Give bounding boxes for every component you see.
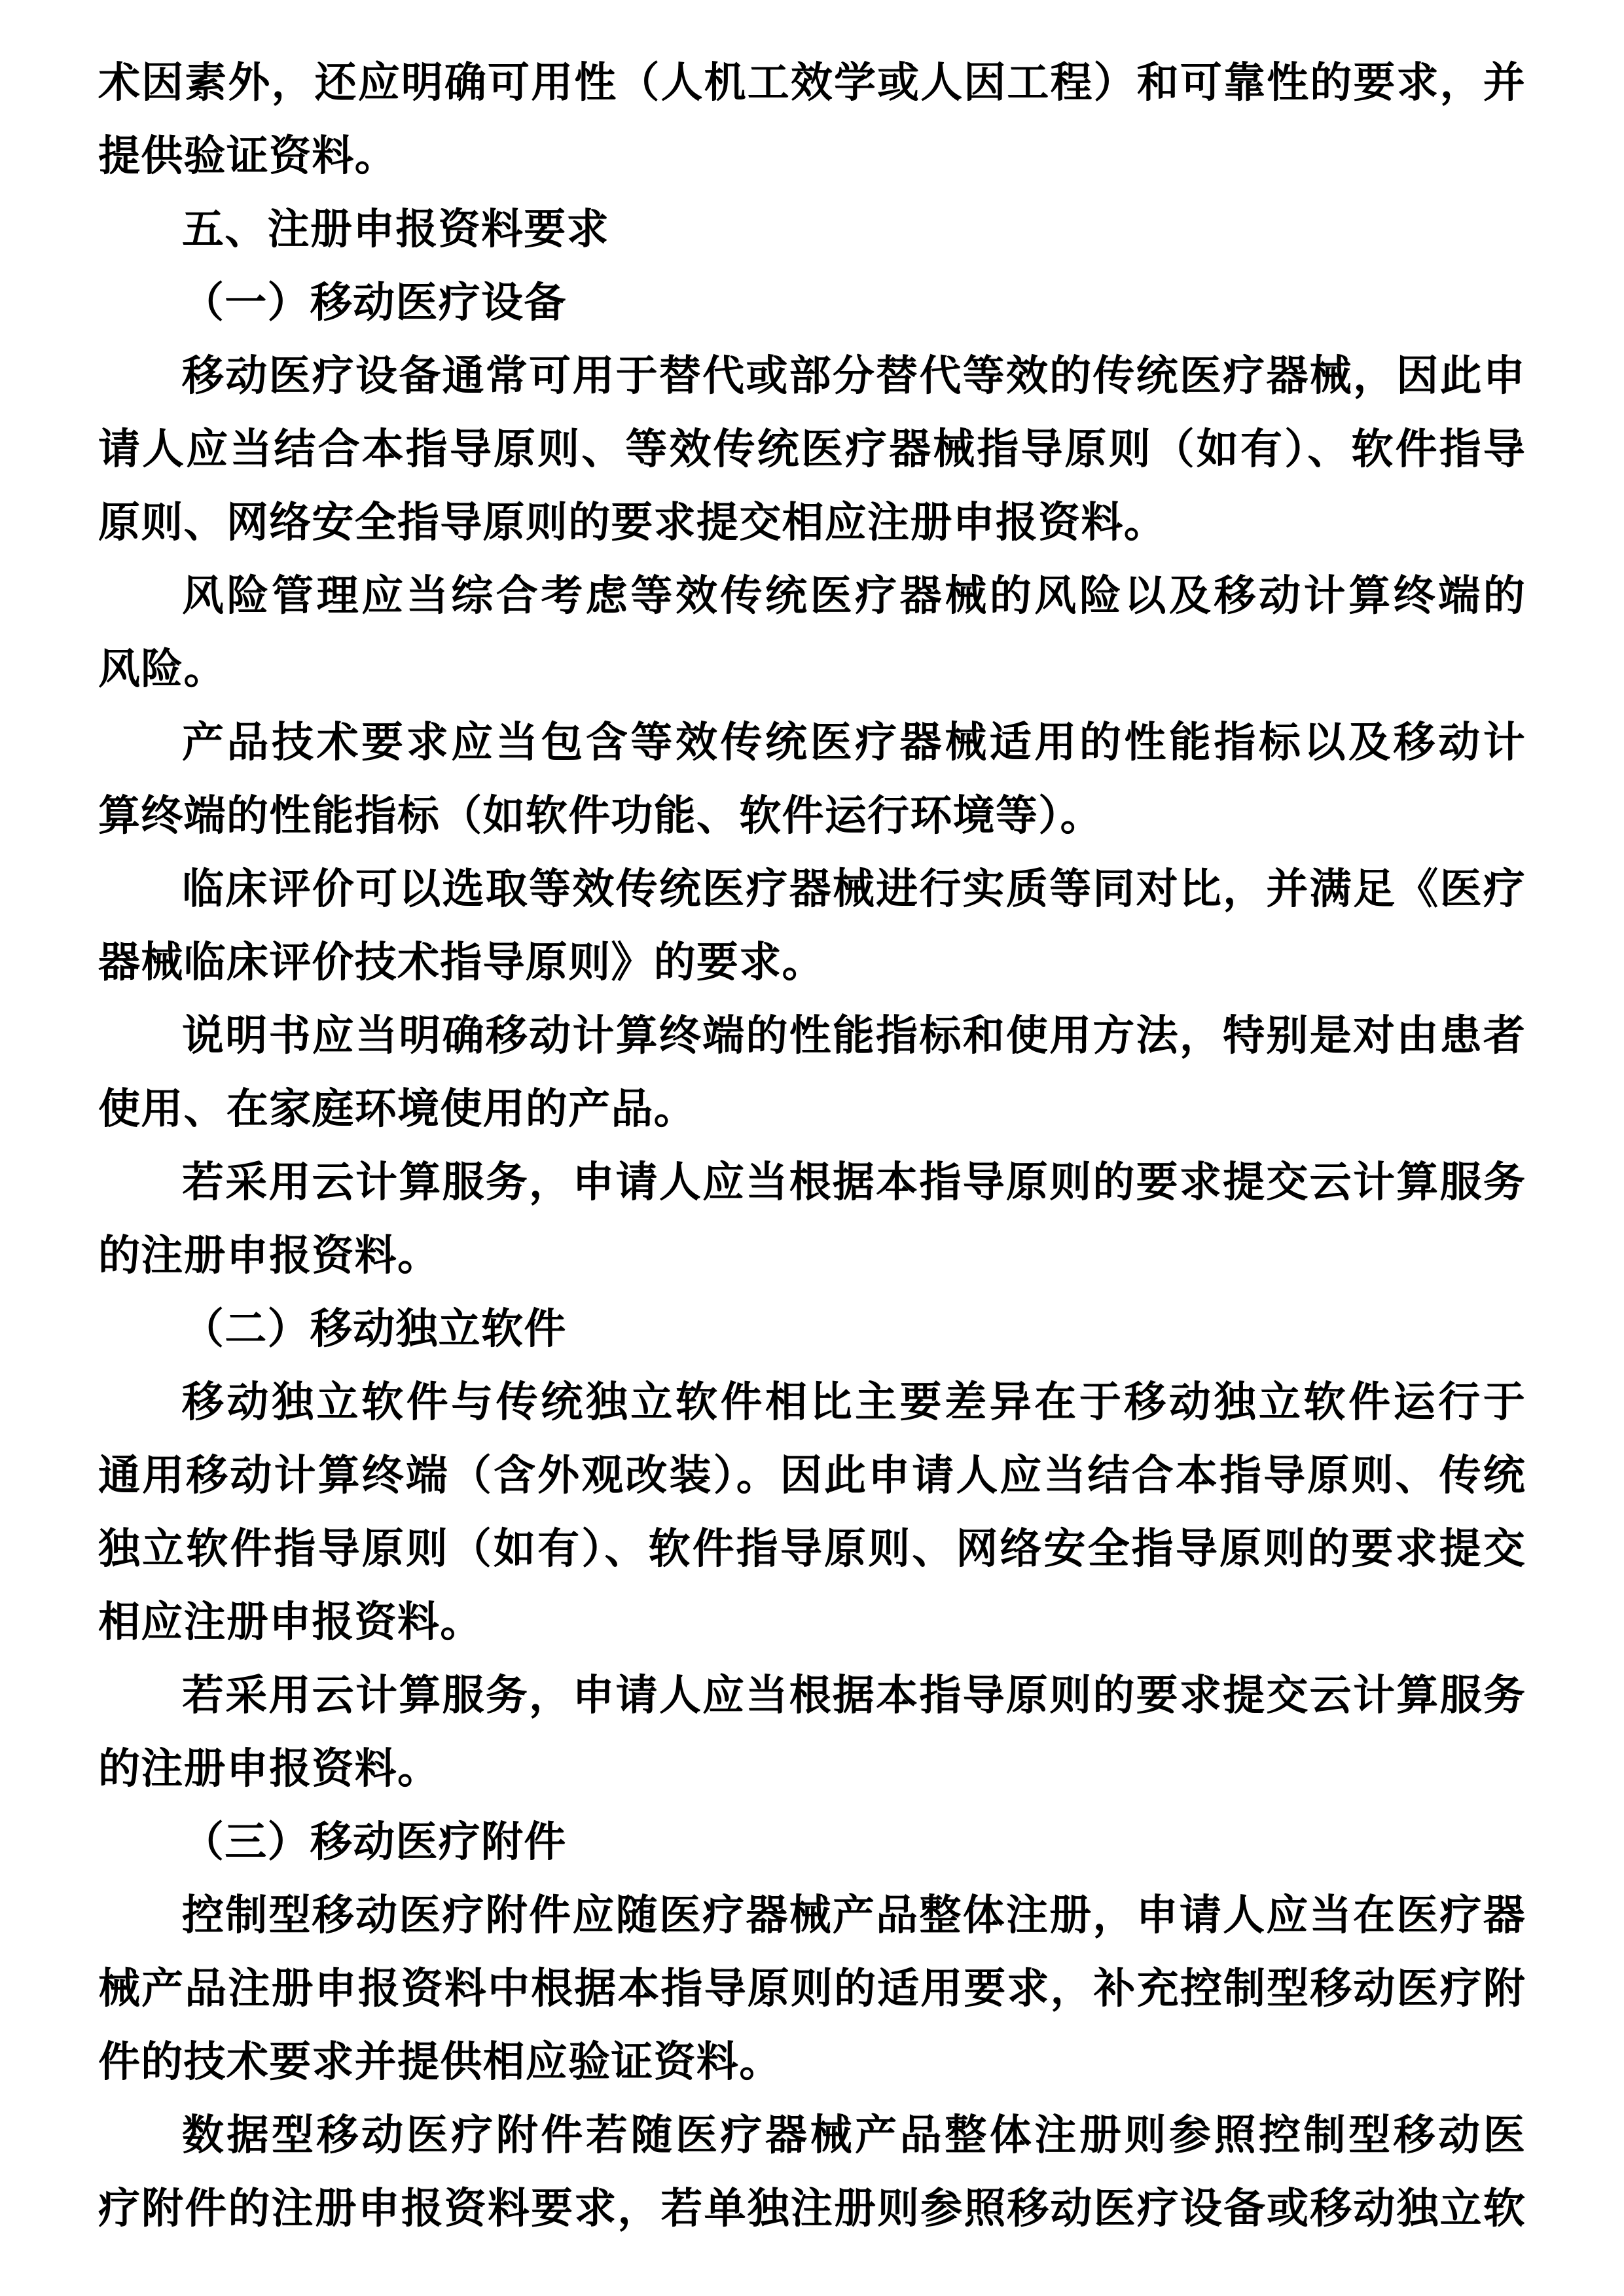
text-line: 若采用云计算服务，申请人应当根据本指导原则的要求提交云计算服务	[98, 1659, 1526, 1732]
text-line: 原则、网络安全指导原则的要求提交相应注册申报资料。	[98, 486, 1526, 559]
text-line: 临床评价可以选取等效传统医疗器械进行实质等同对比，并满足《医疗	[98, 852, 1526, 925]
text-line: （一）移动医疗设备	[98, 266, 1526, 339]
text-line: 独立软件指导原则（如有）、软件指导原则、网络安全指导原则的要求提交	[98, 1512, 1526, 1585]
text-line: 术因素外，还应明确可用性（人机工效学或人因工程）和可靠性的要求，并	[98, 46, 1526, 119]
document-page: 术因素外，还应明确可用性（人机工效学或人因工程）和可靠性的要求，并提供验证资料。…	[0, 0, 1624, 2296]
text-line: 说明书应当明确移动计算终端的性能指标和使用方法，特别是对由患者	[98, 999, 1526, 1072]
text-line: 器械临床评价技术指导原则》的要求。	[98, 925, 1526, 999]
text-line: （二）移动独立软件	[98, 1292, 1526, 1365]
document-text-block: 术因素外，还应明确可用性（人机工效学或人因工程）和可靠性的要求，并提供验证资料。…	[98, 46, 1526, 2245]
text-line: 移动医疗设备通常可用于替代或部分替代等效的传统医疗器械，因此申	[98, 339, 1526, 412]
text-line: 的注册申报资料。	[98, 1732, 1526, 1805]
text-line: 数据型移动医疗附件若随医疗器械产品整体注册则参照控制型移动医	[98, 2098, 1526, 2172]
text-line: 算终端的性能指标（如软件功能、软件运行环境等）。	[98, 779, 1526, 852]
text-line: 相应注册申报资料。	[98, 1585, 1526, 1659]
text-line: 若采用云计算服务，申请人应当根据本指导原则的要求提交云计算服务	[98, 1145, 1526, 1219]
text-line: 请人应当结合本指导原则、等效传统医疗器械指导原则（如有）、软件指导	[98, 412, 1526, 486]
text-line: 使用、在家庭环境使用的产品。	[98, 1072, 1526, 1145]
text-line: （三）移动医疗附件	[98, 1805, 1526, 1878]
text-line: 控制型移动医疗附件应随医疗器械产品整体注册，申请人应当在医疗器	[98, 1878, 1526, 1952]
text-line: 风险。	[98, 632, 1526, 706]
text-line: 移动独立软件与传统独立软件相比主要差异在于移动独立软件运行于	[98, 1365, 1526, 1439]
text-line: 五、注册申报资料要求	[98, 192, 1526, 266]
text-line: 提供验证资料。	[98, 119, 1526, 192]
text-line: 疗附件的注册申报资料要求，若单独注册则参照移动医疗设备或移动独立软	[98, 2172, 1526, 2245]
text-line: 的注册申报资料。	[98, 1219, 1526, 1292]
text-line: 通用移动计算终端（含外观改装）。因此申请人应当结合本指导原则、传统	[98, 1439, 1526, 1512]
text-line: 产品技术要求应当包含等效传统医疗器械适用的性能指标以及移动计	[98, 706, 1526, 779]
text-line: 件的技术要求并提供相应验证资料。	[98, 2025, 1526, 2098]
text-line: 风险管理应当综合考虑等效传统医疗器械的风险以及移动计算终端的	[98, 559, 1526, 632]
text-line: 械产品注册申报资料中根据本指导原则的适用要求，补充控制型移动医疗附	[98, 1952, 1526, 2025]
